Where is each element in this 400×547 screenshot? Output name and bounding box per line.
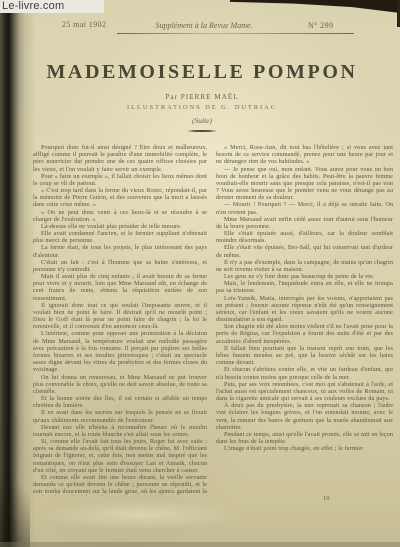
- paragraph: Il n'y a pas d'exemple, dans la campagne…: [216, 259, 393, 273]
- paragraph: Puis, par ses voix retombées, c'est moi …: [216, 381, 393, 403]
- body-column-left: Pourquoi donc fut-il ainsi désigné ? Êtr…: [33, 144, 207, 496]
- page-number: 10: [323, 495, 330, 502]
- paragraph: Mais, le lendemain, l'inquiétude entra e…: [216, 280, 393, 294]
- paragraph: Mme Marsaud avait enfin cédé assez tout …: [216, 216, 393, 230]
- paragraph: Devant eux elle n'hésita à reconnaître l…: [33, 424, 207, 438]
- paragraph: Il fallait bien pourtant que la maison r…: [216, 345, 393, 367]
- paragraph: Mais il avait plus de cinq enfants ; il …: [33, 273, 207, 302]
- paragraph: L'intérieur, comme pour opposer une prot…: [33, 330, 207, 373]
- watermark: Le-livre.com: [0, 0, 104, 13]
- article-title: MADEMOISELLE POMPON: [14, 61, 390, 84]
- header-rule: [117, 33, 354, 34]
- paragraph: Lois-Yannik, Maria, interrogés par les v…: [216, 295, 393, 324]
- paragraph: À deux pas du presbytère, la mer reprena…: [216, 402, 393, 431]
- section-divider-rule: [187, 130, 217, 132]
- paragraph: Elle s'était vite épuisée, Bro-Sall, qui…: [216, 244, 393, 258]
- paragraph: Si, comme elle l'avait fait tous les jou…: [33, 438, 207, 474]
- paragraph: Elle s'était épuisée aussi, d'ailleurs, …: [216, 230, 393, 244]
- paragraph: Elle avait condamné l'ancien, et le ferm…: [33, 230, 207, 244]
- page-edge-dark-wedge: [230, 0, 400, 13]
- paragraph: Il ignorait donc tout ce qui soulait l'i…: [33, 302, 207, 331]
- paragraph: C'était un fait : c'est à l'homme que sa…: [33, 259, 207, 273]
- paragraph: « On ne peut donc venir à ces lieux-là e…: [33, 209, 207, 223]
- paragraph: Et la bonne soirée des îles, il est cert…: [33, 395, 207, 409]
- continuation-note: (Suite): [14, 116, 390, 125]
- author-byline: Par PIERRE MAËL: [14, 93, 390, 101]
- paragraph: Les gens ne s'y font donc pas beaucoup d…: [216, 273, 393, 280]
- paragraph: — Je pense que oui, mon enfant. Vous aur…: [216, 166, 393, 202]
- paragraph: — Mourir ! Pourquoi ? — Merci, il a déjà…: [216, 201, 393, 215]
- paragraph: Et chacun s'abritera contre elle, et vit…: [216, 366, 393, 380]
- paragraph: Pourquoi donc fut-il ainsi désigné ? Êtr…: [33, 144, 207, 173]
- scanned-page: Le-livre.com 25 mai 1902 Supplément à la…: [0, 0, 400, 547]
- paragraph: « Merci, Rose-Ann, dit tout bas l'hôteli…: [216, 144, 393, 166]
- paragraph: La ferme était, de tous les projets, le …: [33, 244, 207, 258]
- header-supplement-title: Supplément à la Revue Mame.: [128, 21, 280, 30]
- paragraph: Et comme elle avait fini une heure duran…: [33, 474, 207, 496]
- paragraph: Là-dessus elle ne voulait plus présider …: [33, 223, 207, 230]
- header-date: 25 mai 1902: [62, 20, 106, 29]
- paragraph: « C'est trop tard dans la ferme du vieux…: [33, 187, 207, 209]
- paper-stain: [40, 500, 240, 530]
- paragraph: On lui donna un renouveau, et Mme Marsau…: [33, 374, 207, 396]
- book-spine-shadow-bottom: [0, 457, 30, 547]
- paragraph: L'image n'était point trop chargée, en e…: [216, 445, 393, 452]
- body-column-right: « Merci, Rose-Ann, dit tout bas l'hôteli…: [216, 144, 393, 496]
- paragraph: Son chagrin eût été alors moins violent …: [216, 323, 393, 345]
- page-edge-bottom: [0, 542, 400, 547]
- header-issue-number: N° 299: [308, 21, 333, 30]
- illustration-credit: ILLUSTRATIONS DE G. DUTRIAC: [14, 104, 390, 111]
- paragraph: Il en avait dans les secrets sur lesquel…: [33, 409, 207, 423]
- body-text: Pourquoi donc fut-il ainsi désigné ? Êtr…: [33, 144, 393, 496]
- paragraph: Pendant ce temps, ainsi qu'elle l'avait …: [216, 431, 393, 445]
- paragraph: Pour « faire un exemple », il fallait ch…: [33, 173, 207, 187]
